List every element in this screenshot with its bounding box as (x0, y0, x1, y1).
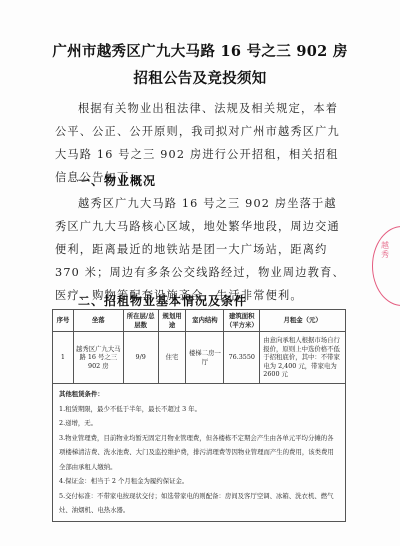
cell-area: 76.3550 (224, 332, 260, 384)
header-area: 建筑面积（平方米） (224, 310, 260, 332)
condition-item-management-fee: 3.物业管理费，目前物业均暂无固定月物业管理费，但各楼栋不定期会产生由各单元平均… (59, 431, 339, 475)
document-title-line1: 广州市越秀区广九大马路 16 号之三 902 房 (0, 40, 400, 61)
header-floor: 所在层/总层数 (123, 310, 158, 332)
cell-index: 1 (53, 332, 74, 384)
cell-floor: 9/9 (123, 332, 158, 384)
condition-item-delivery-standard: 5.交付标准：不带家电按现状交付；如选带家电的则配备：房间及客厅空调、冰箱、洗衣… (59, 489, 339, 518)
header-structure: 室内结构 (186, 310, 224, 332)
header-index: 序号 (53, 310, 74, 332)
cell-location: 越秀区广九大马路 16 号之三 902 房 (73, 332, 123, 384)
document-title-line2: 招租公告及竞投须知 (0, 67, 400, 88)
property-overview-paragraph: 越秀区广九大马路 16 号之三 902 房坐落于越秀区广九大马路核心区域，地处繁… (55, 192, 345, 307)
condition-item-increment: 2.递增，无。 (59, 416, 339, 431)
header-location: 坐落 (73, 310, 123, 332)
cell-usage: 住宅 (158, 332, 186, 384)
cell-structure: 楼梯二房一厅 (186, 332, 224, 384)
other-conditions-title: 其他租赁条件： (59, 387, 339, 402)
official-seal-stamp: 越秀 (372, 226, 400, 306)
condition-item-lease-term: 1.租赁期限，最少不低于半年，最长不超过 3 年。 (59, 402, 339, 417)
document-page: 广州市越秀区广九大马路 16 号之三 902 房 招租公告及竞投须知 根据有关物… (0, 0, 400, 546)
other-conditions-cell: 其他租赁条件： 1.租赁期限，最少不低于半年，最长不超过 3 年。 2.递增，无… (53, 384, 346, 522)
stamp-text: 越秀 (381, 241, 391, 259)
table-header-row: 序号 坐落 所在层/总层数 规划用途 室内结构 建筑面积（平方米） 月租金（元） (53, 310, 346, 332)
section-heading-property-overview: 一、物业概况 (78, 172, 156, 189)
table-row: 1 越秀区广九大马路 16 号之三 902 房 9/9 住宅 楼梯二房一厅 76… (53, 332, 346, 384)
rental-property-table: 序号 坐落 所在层/总层数 规划用途 室内结构 建筑面积（平方米） 月租金（元）… (52, 309, 346, 522)
property-overview-text: 越秀区广九大马路 16 号之三 902 房坐落于越秀区广九大马路核心区域，地处繁… (55, 197, 345, 302)
cell-rent: 由意向承租人根据市场自行报价，原则上中选价格不低于招租底价，其中：不带家电为 2… (260, 332, 346, 384)
header-usage: 规划用途 (158, 310, 186, 332)
other-conditions-row: 其他租赁条件： 1.租赁期限，最少不低于半年，最长不超过 3 年。 2.递增，无… (53, 384, 346, 522)
section-heading-rental-conditions: 二、招租物业基本情况及条件 (78, 292, 247, 309)
header-rent: 月租金（元） (260, 310, 346, 332)
condition-item-deposit: 4.保证金：相当于 2 个月租金为履约保证金。 (59, 474, 339, 489)
